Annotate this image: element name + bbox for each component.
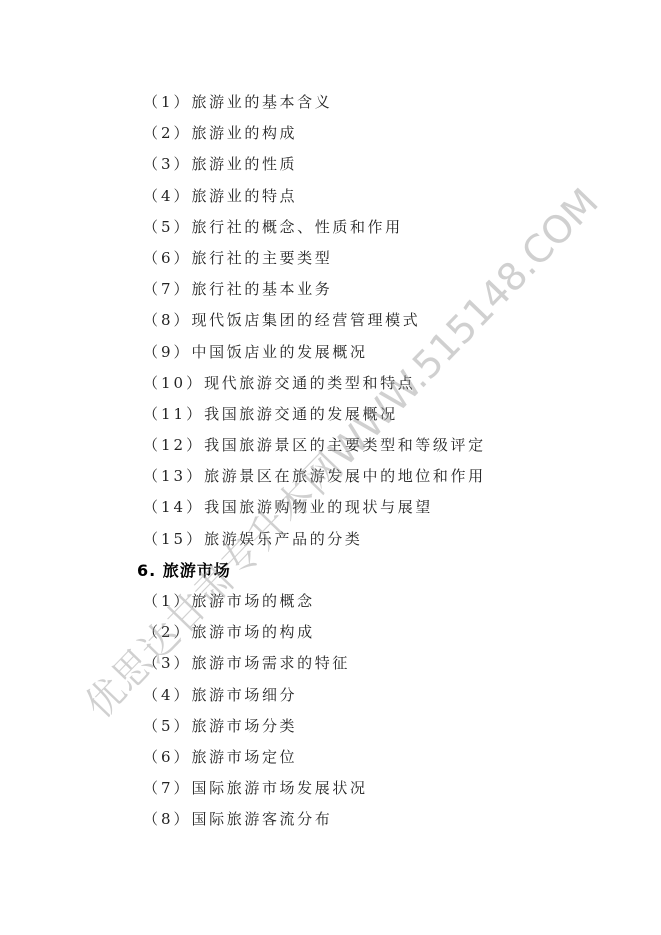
item-number: （3） <box>143 155 192 173</box>
item-number: （3） <box>143 654 192 672</box>
document-page: （1）旅游业的基本含义 （2）旅游业的构成 （3）旅游业的性质 （4）旅游业的特… <box>0 0 661 935</box>
list-item: （5）旅行社的概念、性质和作用 <box>143 212 486 243</box>
outline-content: （1）旅游业的基本含义 （2）旅游业的构成 （3）旅游业的性质 （4）旅游业的特… <box>143 87 486 836</box>
item-number: （6） <box>143 249 192 267</box>
item-text: 国际旅游客流分布 <box>192 810 333 828</box>
item-text: 我国旅游景区的主要类型和等级评定 <box>204 436 486 454</box>
item-text: 旅游市场的构成 <box>192 623 315 641</box>
item-text: 旅行社的基本业务 <box>192 280 333 298</box>
list-item: （3）旅游业的性质 <box>143 149 486 180</box>
list-item: （2）旅游业的构成 <box>143 118 486 149</box>
item-number: （7） <box>143 280 192 298</box>
section-heading: 6. 旅游市场 <box>137 555 486 586</box>
list-item: （5）旅游市场分类 <box>143 711 486 742</box>
item-number: （12） <box>143 436 204 454</box>
item-number: （4） <box>143 686 192 704</box>
item-number: （2） <box>143 124 192 142</box>
list-item: （12）我国旅游景区的主要类型和等级评定 <box>143 430 486 461</box>
item-text: 旅游景区在旅游发展中的地位和作用 <box>204 467 486 485</box>
list-item: （8）国际旅游客流分布 <box>143 804 486 835</box>
item-number: （13） <box>143 467 204 485</box>
item-text: 我国旅游购物业的现状与展望 <box>204 498 433 516</box>
list-item: （6）旅游市场定位 <box>143 742 486 773</box>
item-text: 现代饭店集团的经营管理模式 <box>192 311 421 329</box>
item-number: （8） <box>143 311 192 329</box>
item-text: 旅行社的概念、性质和作用 <box>192 218 403 236</box>
item-text: 旅行社的主要类型 <box>192 249 333 267</box>
item-text: 旅游业的特点 <box>192 187 298 205</box>
list-item: （2）旅游市场的构成 <box>143 617 486 648</box>
list-item: （7）国际旅游市场发展状况 <box>143 773 486 804</box>
item-text: 旅游市场的概念 <box>192 592 315 610</box>
item-number: （14） <box>143 498 204 516</box>
list-item: （1）旅游业的基本含义 <box>143 87 486 118</box>
list-item: （7）旅行社的基本业务 <box>143 274 486 305</box>
item-text: 旅游市场分类 <box>192 717 298 735</box>
item-text: 旅游娱乐产品的分类 <box>204 530 362 548</box>
list-item: （4）旅游业的特点 <box>143 181 486 212</box>
item-text: 我国旅游交通的发展概况 <box>204 405 398 423</box>
item-text: 旅游业的构成 <box>192 124 298 142</box>
list-item: （3）旅游市场需求的特征 <box>143 648 486 679</box>
item-text: 旅游市场定位 <box>192 748 298 766</box>
item-number: （2） <box>143 623 192 641</box>
item-number: （11） <box>143 405 204 423</box>
item-number: （15） <box>143 530 204 548</box>
list-item: （10）现代旅游交通的类型和特点 <box>143 368 486 399</box>
item-number: （5） <box>143 717 192 735</box>
item-number: （6） <box>143 748 192 766</box>
item-number: （9） <box>143 343 192 361</box>
item-text: 国际旅游市场发展状况 <box>192 779 368 797</box>
list-item: （1）旅游市场的概念 <box>143 586 486 617</box>
item-number: （4） <box>143 187 192 205</box>
item-text: 旅游市场细分 <box>192 686 298 704</box>
item-text: 旅游业的性质 <box>192 155 298 173</box>
item-number: （1） <box>143 93 192 111</box>
list-item: （6）旅行社的主要类型 <box>143 243 486 274</box>
item-text: 中国饭店业的发展概况 <box>192 343 368 361</box>
list-item: （14）我国旅游购物业的现状与展望 <box>143 492 486 523</box>
item-number: （7） <box>143 779 192 797</box>
list-item: （8）现代饭店集团的经营管理模式 <box>143 305 486 336</box>
list-item: （15）旅游娱乐产品的分类 <box>143 524 486 555</box>
item-text: 现代旅游交通的类型和特点 <box>204 374 415 392</box>
item-text: 旅游业的基本含义 <box>192 93 333 111</box>
item-number: （1） <box>143 592 192 610</box>
item-number: （8） <box>143 810 192 828</box>
item-number: （10） <box>143 374 204 392</box>
list-item: （9）中国饭店业的发展概况 <box>143 337 486 368</box>
item-text: 旅游市场需求的特征 <box>192 654 350 672</box>
list-item: （11）我国旅游交通的发展概况 <box>143 399 486 430</box>
item-number: （5） <box>143 218 192 236</box>
list-item: （13）旅游景区在旅游发展中的地位和作用 <box>143 461 486 492</box>
list-item: （4）旅游市场细分 <box>143 680 486 711</box>
